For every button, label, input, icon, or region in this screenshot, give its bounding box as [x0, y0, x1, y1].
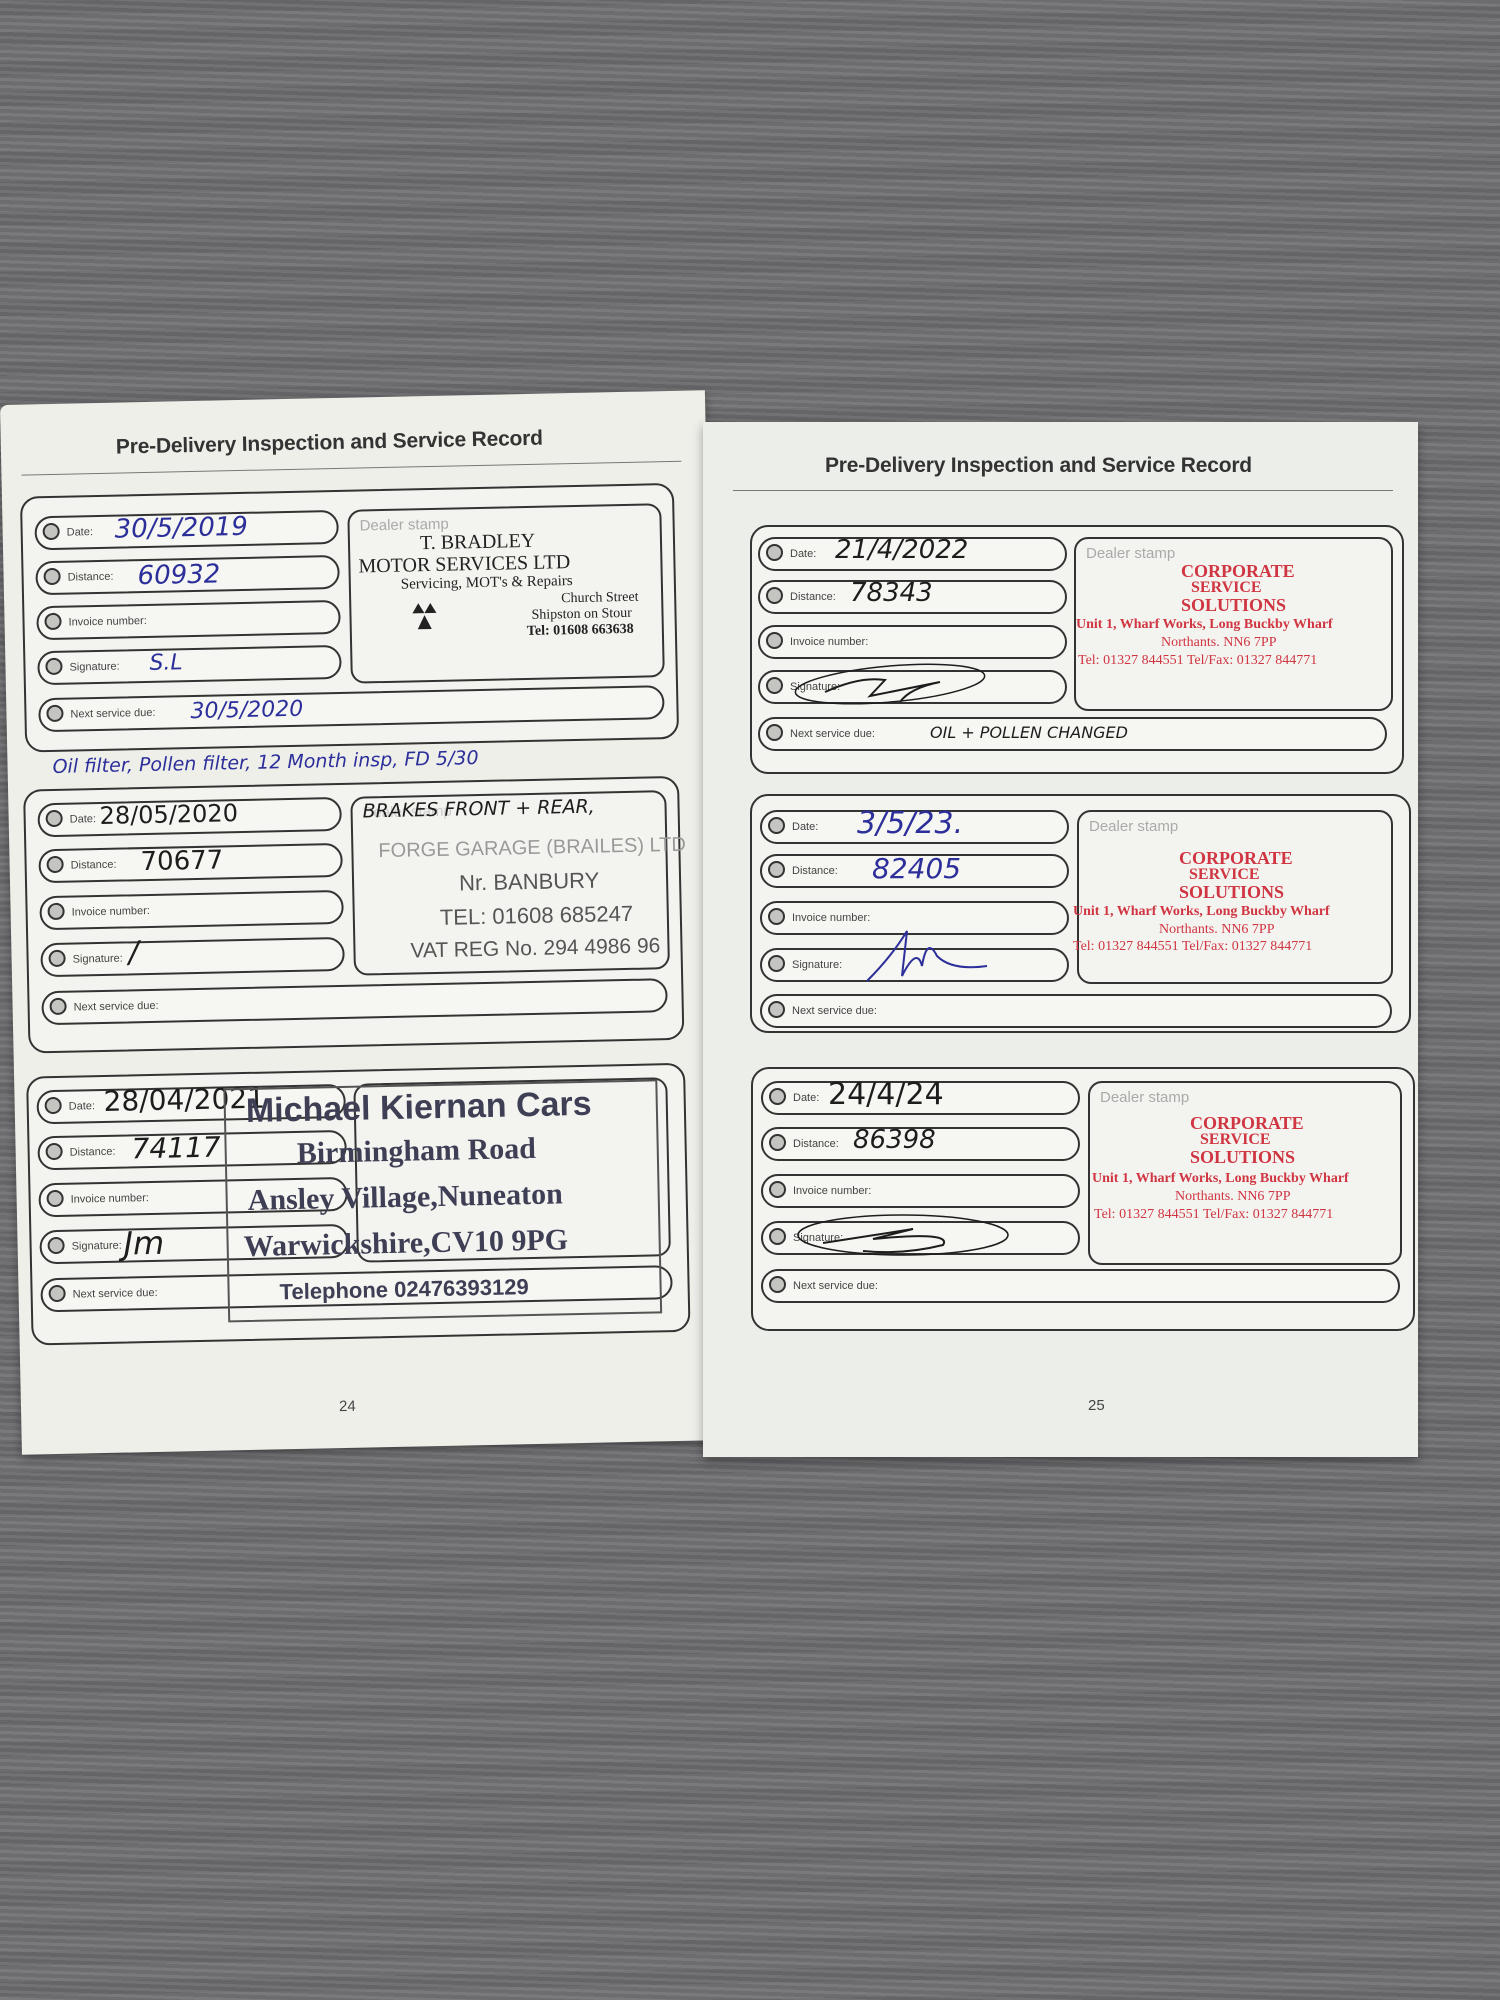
service-record-2: Date: 28/05/2020 Distance: 70677 Invoice… [23, 776, 684, 1054]
signature-field: Signature: [760, 948, 1069, 982]
date-field: Date: 28/05/2020 [37, 797, 342, 837]
radio-icon [768, 817, 785, 834]
service-record-5: Date: 3/5/23. Distance: 82405 Invoice nu… [750, 794, 1411, 1033]
invoice-field: Invoice number: [761, 1174, 1080, 1208]
radio-icon [769, 1134, 786, 1151]
radio-icon [46, 1190, 63, 1207]
next-service-field: Next service due: [761, 1269, 1400, 1303]
radio-icon [47, 903, 64, 920]
dealer-stamp-box: Dealer stamp T. BRADLEY MOTOR SERVICES L… [347, 503, 665, 684]
signature-scribble [862, 926, 992, 986]
radio-icon [45, 658, 62, 675]
page-number: 24 [339, 1398, 356, 1415]
signature-scribble [790, 658, 990, 710]
date-field: Date: 30/5/2019 [34, 510, 339, 550]
distance-field: Distance: 70677 [38, 843, 343, 883]
left-page: Pre-Delivery Inspection and Service Reco… [0, 390, 727, 1455]
radio-icon [45, 1143, 62, 1160]
dealer-stamp-box: Dealer stamp CORPORATE SERVICE SOLUTIONS… [1077, 810, 1393, 984]
radio-icon [49, 998, 66, 1015]
radio-icon [766, 587, 783, 604]
invoice-field: Invoice number: [758, 625, 1067, 659]
radio-icon [766, 724, 783, 741]
invoice-field: Invoice number: [39, 890, 344, 930]
next-service-field: Next service due: 30/5/2020 [38, 685, 665, 732]
distance-field: Distance: 60932 [35, 555, 340, 595]
radio-icon [45, 1097, 62, 1114]
signature-field: Signature: [761, 1221, 1080, 1255]
next-service-field: Next service due: [760, 994, 1392, 1028]
radio-icon [769, 1276, 786, 1293]
service-record-1: Date: 30/5/2019 Distance: 60932 Invoice … [20, 483, 679, 753]
michael-kiernan-stamp: Michael Kiernan Cars Birmingham Road Ans… [223, 1079, 662, 1322]
radio-icon [42, 523, 59, 540]
radio-icon [48, 1285, 65, 1302]
radio-icon [43, 568, 60, 585]
radio-icon [766, 544, 783, 561]
dealer-stamp-box: Dealer stamp CORPORATE SERVICE SOLUTIONS… [1088, 1081, 1402, 1265]
handwritten-brakes-note: BRAKES FRONT + REAR, [362, 796, 595, 823]
radio-icon [768, 861, 785, 878]
service-record-6: Date: 24/4/24 Distance: 86398 Invoice nu… [751, 1067, 1415, 1331]
service-record-3: Date: 28/04/2021 Distance: 74117 Invoice… [26, 1063, 690, 1346]
radio-icon [48, 950, 65, 967]
page-title: Pre-Delivery Inspection and Service Reco… [825, 454, 1252, 478]
radio-icon [44, 613, 61, 630]
radio-icon [768, 955, 785, 972]
distance-field: Distance: 86398 [761, 1127, 1080, 1161]
title-rule [733, 490, 1393, 491]
page-title: Pre-Delivery Inspection and Service Reco… [116, 427, 543, 460]
right-page: Pre-Delivery Inspection and Service Reco… [703, 422, 1418, 1457]
invoice-field: Invoice number: [36, 600, 341, 640]
radio-icon [769, 1228, 786, 1245]
date-field: Date: 3/5/23. [760, 810, 1069, 844]
dealer-stamp-box: Dealer stamp BRAKES FRONT + REAR, FORGE … [350, 790, 670, 976]
next-service-field: Next service due: [41, 978, 668, 1025]
next-service-field: Next service due: OIL + POLLEN CHANGED [758, 717, 1387, 751]
radio-icon [46, 705, 63, 722]
radio-icon [766, 677, 783, 694]
radio-icon [768, 908, 785, 925]
date-field: Date: 21/4/2022 [758, 537, 1067, 571]
radio-icon [766, 632, 783, 649]
radio-icon [769, 1181, 786, 1198]
radio-icon [47, 1237, 64, 1254]
signature-scribble [793, 1209, 1013, 1261]
date-field: Date: 24/4/24 [761, 1081, 1080, 1115]
dealer-stamp-box: Dealer stamp CORPORATE SERVICE SOLUTIONS… [1074, 537, 1393, 711]
handwritten-service-note: Oil filter, Pollen filter, 12 Month insp… [52, 747, 478, 778]
service-record-4: Date: 21/4/2022 Distance: 78343 Invoice … [750, 525, 1404, 774]
page-number: 25 [1088, 1397, 1105, 1414]
signature-field: Signature: [758, 670, 1067, 704]
distance-field: Distance: 78343 [758, 580, 1067, 614]
signature-field: Signature: S.L [37, 645, 342, 685]
mot-triangles-icon [411, 602, 438, 633]
radio-icon [46, 856, 63, 873]
radio-icon [45, 810, 62, 827]
radio-icon [769, 1088, 786, 1105]
signature-field: Signature: / [40, 937, 345, 977]
radio-icon [768, 1001, 785, 1018]
distance-field: Distance: 82405 [760, 854, 1069, 888]
title-rule [21, 461, 681, 476]
